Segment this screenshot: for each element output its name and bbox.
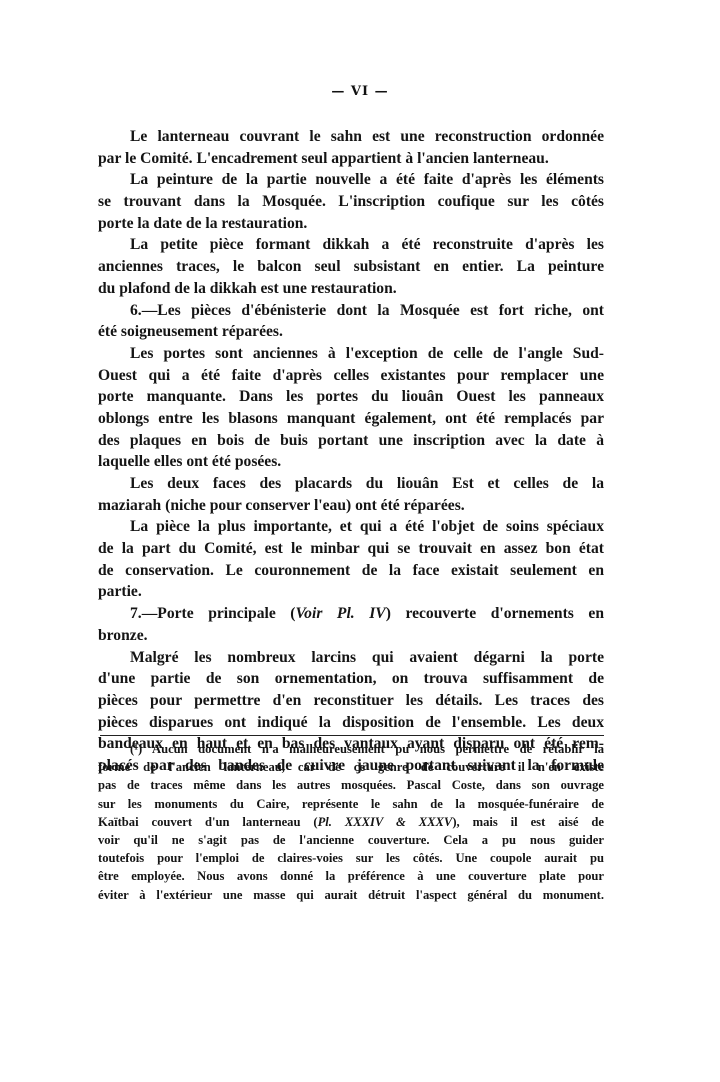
text-line: été soigneusement réparées.: [98, 321, 604, 343]
footnote-line: toutefois pour l'emploi de claires-voies…: [98, 849, 604, 867]
text-line: pièces disparues ont indiqué la disposit…: [98, 712, 604, 734]
text-line: maziarah (niche pour conserver l'eau) on…: [98, 495, 604, 517]
text-line: des plaques en bois de buis portant une …: [98, 430, 604, 452]
text-line: partie.: [98, 581, 604, 603]
footnote-line: sur les monuments du Caire, représente l…: [98, 795, 604, 813]
text-line: oblongs entre les blasons manquant égale…: [98, 408, 604, 430]
text-line: de la part du Comité, est le minbar qui …: [98, 538, 604, 560]
text-line: La pièce la plus importante, et qui a ét…: [98, 516, 604, 538]
page-number: — VI —: [0, 84, 720, 99]
plate-reference: Pl. XXXIV & XXXV: [318, 815, 453, 829]
footnote: (¹) Aucun document n'a malheureusement p…: [98, 740, 604, 904]
footnote-text: Aucun document n'a malheureusement pu no…: [152, 742, 604, 756]
footnote-separator-rule: [100, 735, 604, 736]
text-line: se trouvant dans la Mosquée. L'inscripti…: [98, 191, 604, 213]
text-line: Les deux faces des placards du liouân Es…: [98, 473, 604, 495]
text-line: Les portes sont anciennes à l'exception …: [98, 343, 604, 365]
text-line: pièces pour permettre d'en reconstituer …: [98, 690, 604, 712]
text-line: anciennes traces, le balcon seul subsist…: [98, 256, 604, 278]
footnote-marker: (¹): [130, 742, 142, 756]
text-line: Le lanterneau couvrant le sahn est une r…: [98, 126, 604, 148]
footnote-line: éviter à l'extérieur une masse qui aurai…: [98, 886, 604, 904]
text-line: Ouest qui a été faite d'après celles exi…: [98, 365, 604, 387]
footnote-line-with-plate-reference: Kaïtbai couvert d'un lanterneau (Pl. XXX…: [98, 813, 604, 831]
text-line: du plafond de la dikkah est une restaura…: [98, 278, 604, 300]
main-text: Le lanterneau couvrant le sahn est une r…: [98, 126, 604, 777]
text-line: Malgré les nombreux larcins qui avaient …: [98, 647, 604, 669]
text-line: La peinture de la partie nouvelle a été …: [98, 169, 604, 191]
text-line: par le Comité. L'encadrement seul appart…: [98, 148, 604, 170]
text-line: La petite pièce formant dikkah a été rec…: [98, 234, 604, 256]
book-page: — VI — Le lanterneau couvrant le sahn es…: [0, 0, 720, 1082]
text-line: 6.—Les pièces d'ébénisterie dont la Mosq…: [98, 300, 604, 322]
plate-reference: Voir Pl. IV: [296, 605, 386, 622]
footnote-line: pas de traces même dans les autres mosqu…: [98, 776, 604, 794]
footnote-line: voir qu'il ne s'agit pas de l'ancienne c…: [98, 831, 604, 849]
text-line: de conservation. Le couronnement de la f…: [98, 560, 604, 582]
text-line: laquelle elles ont été posées.: [98, 451, 604, 473]
footnote-line: forme de l'ancien lanterneau, car de ce …: [98, 758, 604, 776]
text-line: porte la date de la restauration.: [98, 213, 604, 235]
text-line: porte manquante. Dans les portes du liou…: [98, 386, 604, 408]
text-line-with-plate-reference: 7.—Porte principale (Voir Pl. IV) recouv…: [98, 603, 604, 625]
text-line: d'une partie de son ornementation, on tr…: [98, 668, 604, 690]
footnote-line: être employée. Nous avons donné la préfé…: [98, 867, 604, 885]
footnote-line-with-marker: (¹) Aucun document n'a malheureusement p…: [98, 740, 604, 758]
text-line: bronze.: [98, 625, 604, 647]
